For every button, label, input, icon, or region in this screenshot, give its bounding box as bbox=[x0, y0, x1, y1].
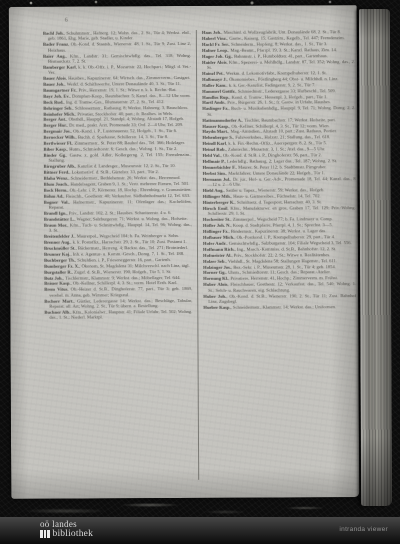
directory-entry: Bamberger Karl, k. k. Ob.-Offz. i. P., M… bbox=[43, 64, 191, 75]
book-fore-edge bbox=[359, 9, 392, 506]
page-text-columns: Bachl Joh., Schuhmmstr., Hafnerg. 12; Wo… bbox=[43, 29, 357, 481]
directory-entry: Hafner Leop., Mag.-Beamt., Pfarrpl. 19, … bbox=[202, 47, 355, 53]
directory-entry: Binder Gg., Gastw. z. gold. Adler, Kolle… bbox=[43, 152, 191, 163]
scan-column-right: Haas Joh., Maschinf. d. Wollzeugfabrik, … bbox=[196, 29, 357, 480]
directory-entry: Bergmair Jos., Ob.-Kond. i. P., Lustenau… bbox=[43, 128, 191, 134]
directory-entry: Huber Alois, Fleischhauer, Goethestr. 12… bbox=[203, 281, 356, 292]
directory-entry: Birngruber Alb., Kanzlist d. Landesger.,… bbox=[44, 163, 192, 169]
directory-entry: Haider Alois, Kfm., Spezerei- u. Mehlhdl… bbox=[202, 59, 355, 70]
directory-entry: Buchner Alb., Kfm., Kolonialwr., Hauptst… bbox=[44, 309, 192, 320]
directory-entry: Böhm Ad., Fleischh., Goethestr. 40; Verk… bbox=[44, 193, 192, 199]
scan-image[interactable]: 6 Bachl Joh., Schuhmmstr., Hafnerg. 12; … bbox=[0, 0, 400, 517]
directory-entry: Baumgartner Fr., Priv., Herrenstr. 19, 1… bbox=[43, 87, 191, 93]
directory-entry: Brunner Kaj., Inh. e. Agentur- u. Komm.-… bbox=[44, 251, 192, 257]
directory-entry: Hofer Andr., Gemischtwhdlg., Salzburgers… bbox=[203, 240, 356, 246]
viewer-footer-bar: oö landes bibliothek intranda viewer bbox=[0, 517, 400, 544]
directory-entry: Huber Joh., Ob.-Kond. d. St.B., Wienerst… bbox=[203, 293, 356, 304]
directory-entry: Hammerl Gottfr., Schmiedmstr., Ledererga… bbox=[202, 88, 355, 94]
directory-entry: Bogner Val., Hafnermstr., Kapuzinerstr. … bbox=[44, 199, 192, 210]
directory-entry: Bachl Joh., Schuhmmstr., Hafnerg. 12; Wo… bbox=[43, 30, 191, 41]
directory-entry: Hermann Jul., Dr. jur., Hof- u. Ger.-Adv… bbox=[203, 176, 356, 187]
directory-entry: Brem Vitus, Ob.-Heizer d. St.B., Dinghof… bbox=[44, 286, 192, 297]
directory-entry: Hoffmann Rich., Ing., Masch.-Kommiss. d.… bbox=[203, 246, 356, 252]
logo-bars-icon bbox=[40, 530, 50, 538]
directory-entry: Hirsch Emil, Kfm., Manufakturwr. en gros… bbox=[203, 205, 356, 216]
logo-text-line1: oö landes bbox=[40, 519, 93, 529]
directory-entry: Buchberger Th., Schuldien. i. P., Friese… bbox=[44, 257, 192, 263]
directory-entry: Haberl Vinz., Gastw., Kaiserg. 15; Gastz… bbox=[202, 35, 355, 41]
scan-column-left: Bachl Joh., Schuhmmstr., Hafnerg. 12; Wo… bbox=[43, 30, 198, 481]
directory-entry: Haydn Mart., Mag.-Amtsdien., Altstadt 10… bbox=[202, 129, 355, 135]
directory-entry: Haslinger Fz., Buch- u. Musikalienhdlg.,… bbox=[202, 105, 355, 116]
scanned-page: 6 Bachl Joh., Schuhmmstr., Hafnerg. 12; … bbox=[9, 5, 360, 499]
directory-entry: Bschorr Mart., Gürtler, Lederergasse 14;… bbox=[44, 298, 192, 309]
intranda-viewer-link[interactable]: intranda viewer bbox=[339, 526, 388, 533]
directory-entry: Behringer Seb., Schlossermstr., Rathausg… bbox=[43, 105, 191, 111]
directory-entry: Holzer Seb., Viehhdl., St. Magdalena 58;… bbox=[203, 258, 356, 264]
directory-entry: Halbmayr J., Ökonomiebes., Pöstlingberg … bbox=[202, 76, 355, 82]
library-logo-link[interactable]: oö landes bibliothek bbox=[40, 519, 93, 539]
directory-entry: Hueber Kasp., Schneidermstr., Klammstr. … bbox=[203, 304, 356, 310]
directory-entry: Burgstaller R., Zugsf. d. St.B., Wieners… bbox=[44, 269, 192, 275]
directory-entry: Hattmannsdorfer A., Tischler, Baumbachst… bbox=[202, 117, 355, 123]
logo-text-line2: bibliothek bbox=[53, 529, 94, 539]
directory-entry: Bader Franz, Ob.-Kond. d. Staatsb., Wien… bbox=[43, 41, 191, 52]
directory-entry: Braun Mor., Kfm., Tuch- u. Schnittwhdlg.… bbox=[44, 222, 192, 233]
directory-entry: Holzinger Jos., Bez.-Sekr. i. P., Museum… bbox=[203, 264, 356, 270]
directory-entry: Bayr Joh. Ev., Dompfarr-Koop., Baumbachs… bbox=[43, 93, 191, 99]
directory-entry: Bumberger Fz. X., Ökonom, St. Magdalena … bbox=[44, 263, 192, 269]
page-signature-mark: 6 bbox=[65, 18, 68, 24]
directory-entry: Baier Aug., Kfm., Landstr. 31; Gemischtw… bbox=[43, 52, 191, 63]
directory-entry: Hofbauer Mich., Ob.-Postkond. i. P., Kre… bbox=[203, 234, 356, 240]
